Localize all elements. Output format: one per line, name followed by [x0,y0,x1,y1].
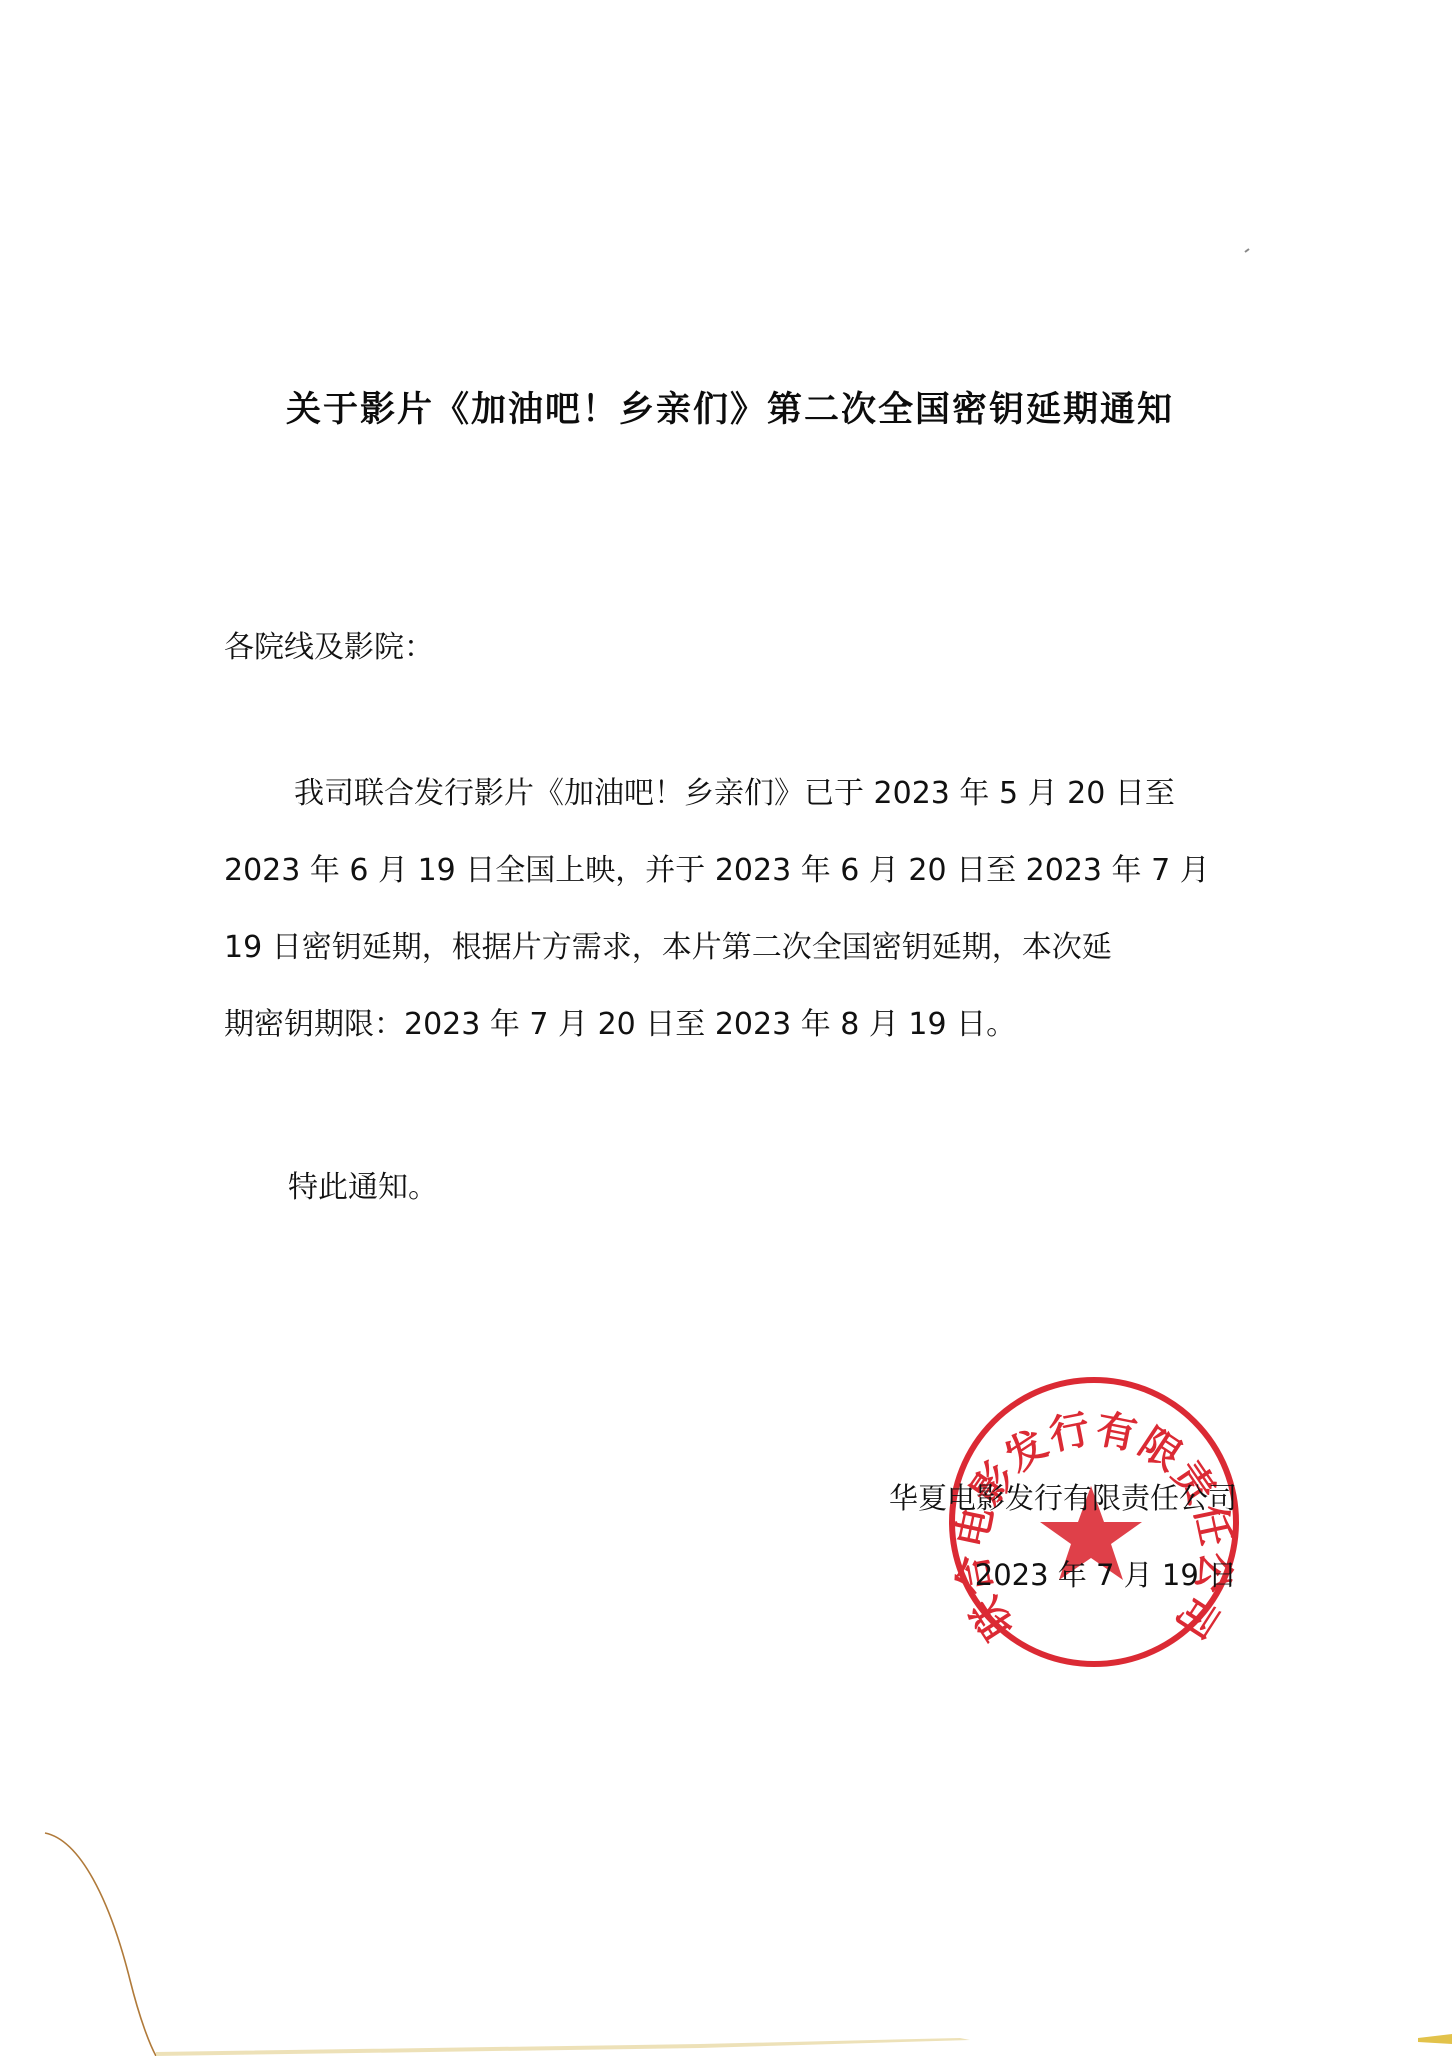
signature-date: 2023 年 7 月 19 日 [975,1553,1237,1594]
document-title: 关于影片《加油吧！乡亲们》第二次全国密钥延期通知 [230,382,1230,432]
company-seal: 联合电影发行有限责任公司 [946,1374,1242,1670]
closing-text: 特此通知。 [288,1162,438,1206]
body-line: 期密钥期限：2023 年 7 月 20 日至 2023 年 8 月 19 日。 [224,1005,1254,1082]
body-paragraph: 我司联合发行影片《加油吧！乡亲们》已于 2023 年 5 月 20 日至 202… [224,774,1254,1082]
signature-company: 华夏电影发行有限责任公司 [889,1476,1237,1517]
salutation: 各院线及影院： [224,622,434,666]
body-line: 19 日密钥延期，根据片方需求，本片第二次全国密钥延期，本次延 [224,928,1254,1005]
body-line: 2023 年 6 月 19 日全国上映，并于 2023 年 6 月 20 日至 … [224,851,1254,928]
document-page: 关于影片《加油吧！乡亲们》第二次全国密钥延期通知 各院线及影院： 我司联合发行影… [0,0,1452,2056]
body-line: 我司联合发行影片《加油吧！乡亲们》已于 2023 年 5 月 20 日至 [224,774,1254,851]
